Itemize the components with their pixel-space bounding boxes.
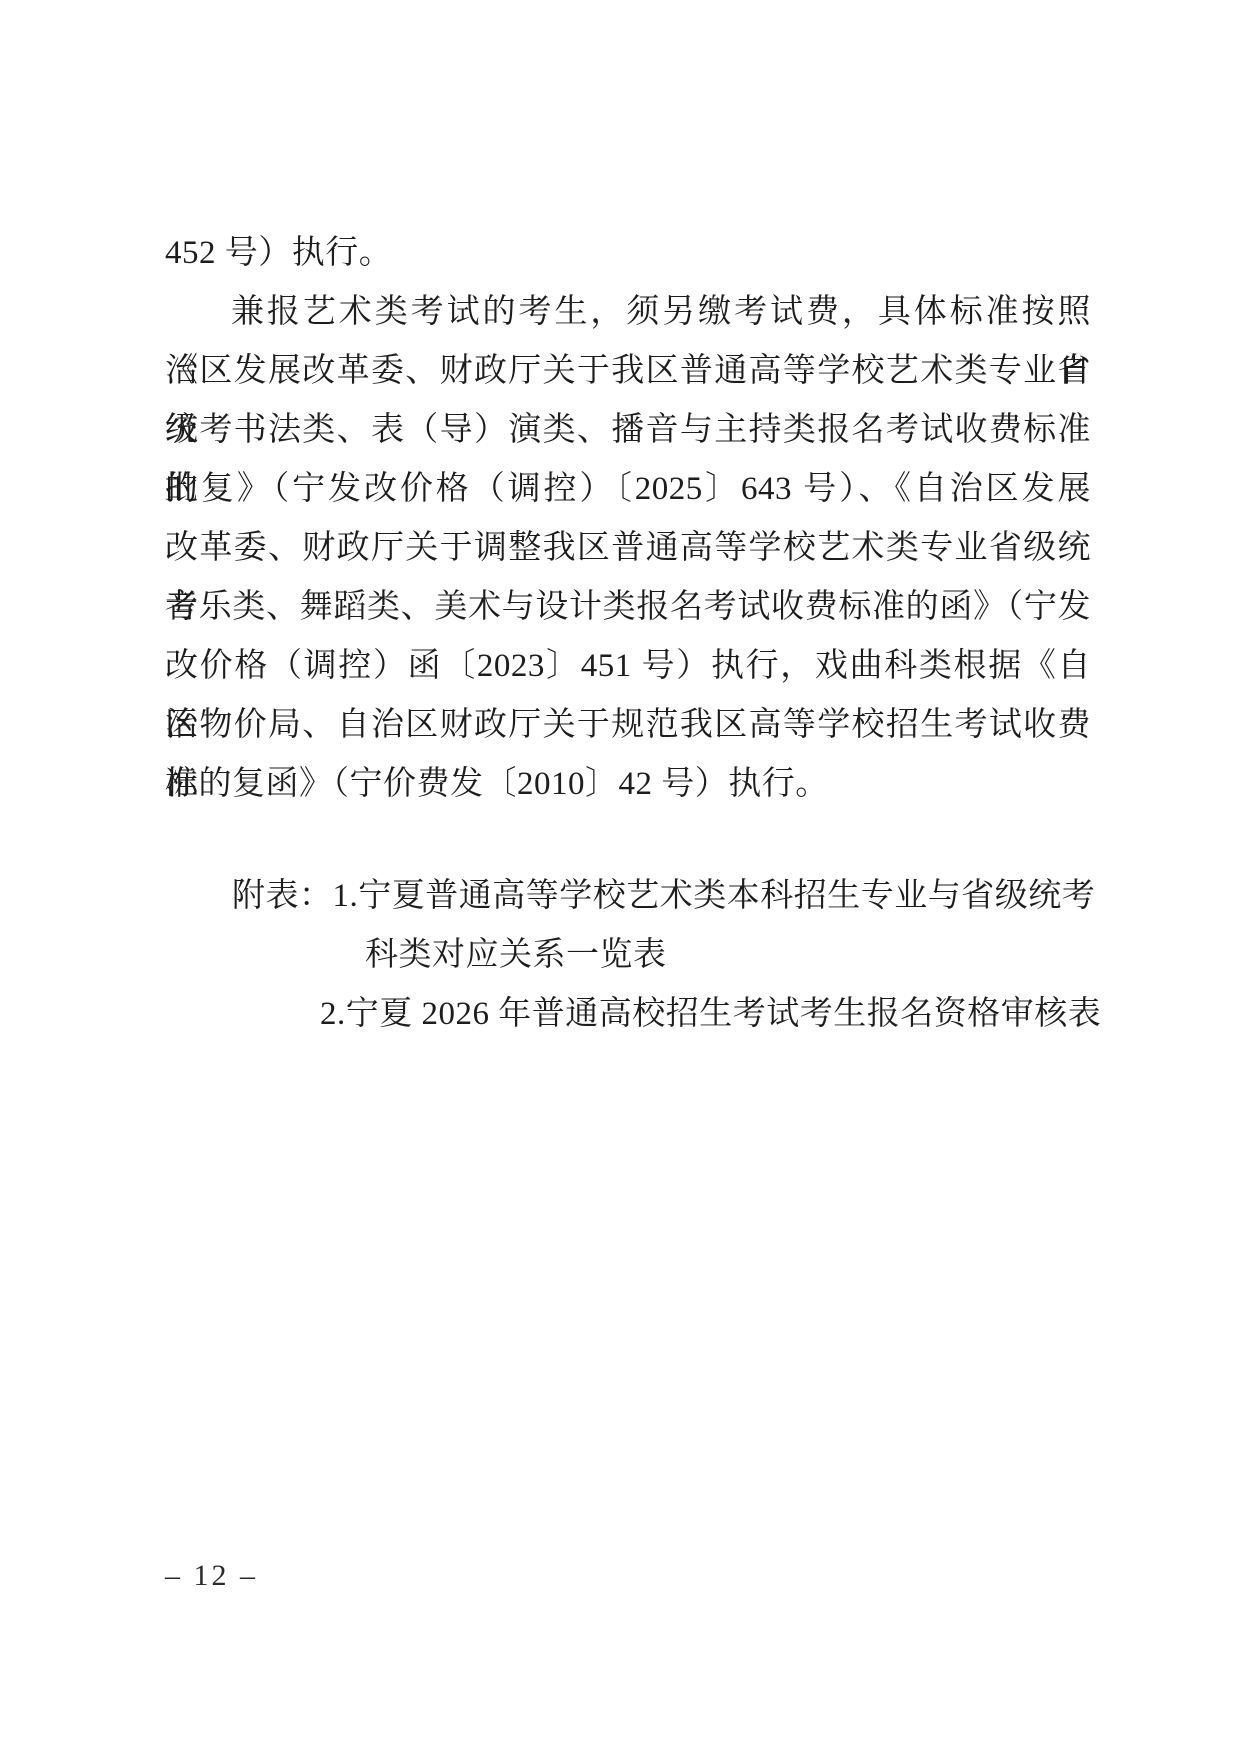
paragraph2-line: 改革委、财政厅关于调整我区普通高等学校艺术类专业省级统考 xyxy=(165,519,1091,578)
appendix-block: 附表：1.宁夏普通高等学校艺术类本科招生专业与省级统考 科类对应关系一览表 2.… xyxy=(165,867,1091,1044)
page-number: – 12 – xyxy=(165,1559,258,1593)
paragraph2-line: 区物价局、自治区财政厅关于规范我区高等学校招生考试收费标 xyxy=(165,696,1091,755)
paragraph2-last-line: 准的复函》（宁价费发〔2010〕42 号）执行。 xyxy=(165,755,1091,814)
appendix-item-1-line-2: 科类对应关系一览表 xyxy=(165,926,1091,985)
paragraph2-line: 批复》（宁发改价格（调控）〔2025〕643 号）、《自治区发展 xyxy=(165,460,1091,519)
paragraph2-line: 兼报艺术类考试的考生，须另缴考试费，具体标准按照《自 xyxy=(165,283,1091,342)
paragraph2-line: 治区发展改革委、财政厅关于我区普通高等学校艺术类专业省级 xyxy=(165,342,1091,401)
appendix-item-2: 2.宁夏 2026 年普通高校招生考试考生报名资格审核表 xyxy=(165,985,1091,1044)
appendix-item-1-line-1: 附表：1.宁夏普通高等学校艺术类本科招生专业与省级统考 xyxy=(165,867,1091,926)
paragraph2-line: 改价格（调控）函〔2023〕451 号）执行，戏曲科类根据《自治 xyxy=(165,637,1091,696)
appendix-label: 附表： xyxy=(232,878,333,914)
document-body: 452 号）执行。 兼报艺术类考试的考生，须另缴考试费，具体标准按照《自 治区发… xyxy=(165,224,1091,814)
document-page: 452 号）执行。 兼报艺术类考试的考生，须另缴考试费，具体标准按照《自 治区发… xyxy=(0,0,1240,1753)
paragraph1-last-line: 452 号）执行。 xyxy=(165,224,1091,283)
paragraph2-line: 统考书法类、表（导）演类、播音与主持类报名考试收费标准的 xyxy=(165,401,1091,460)
appendix-item-1-text: 1.宁夏普通高等学校艺术类本科招生专业与省级统考 xyxy=(333,878,1096,914)
paragraph2-line: 音乐类、舞蹈类、美术与设计类报名考试收费标准的函》（宁发 xyxy=(165,578,1091,637)
